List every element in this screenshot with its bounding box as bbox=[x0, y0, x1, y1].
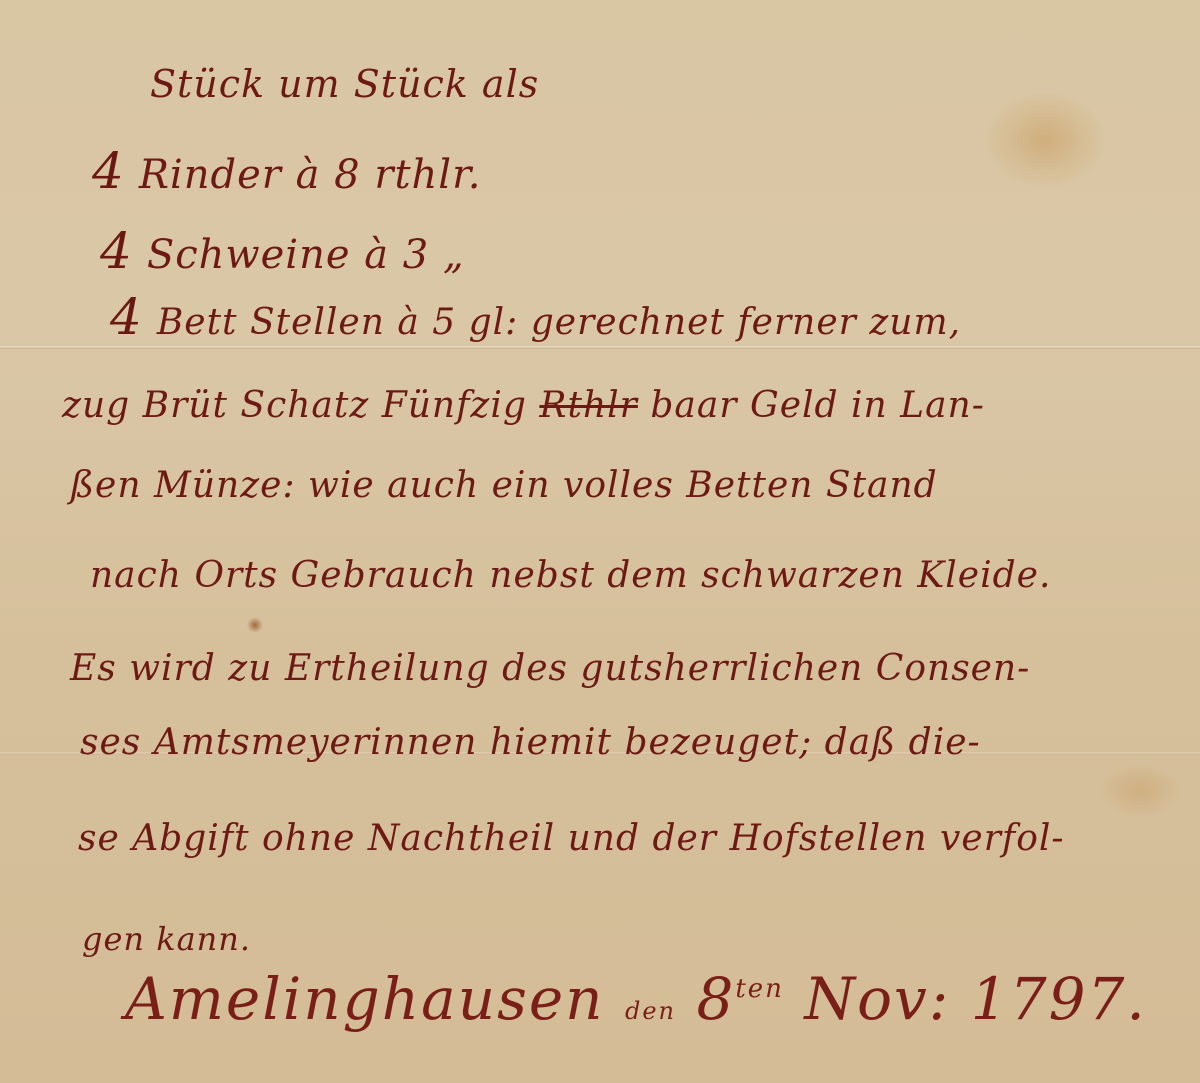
document-line-10: se Abgift ohne Nachtheil und der Hofstel… bbox=[78, 818, 1065, 859]
quantity: 4 bbox=[100, 222, 133, 280]
line-text: gen kann. bbox=[82, 920, 251, 958]
paper-fold-line bbox=[0, 346, 1200, 349]
line-text: nach Orts Gebrauch nebst dem schwarzen K… bbox=[90, 555, 1051, 596]
date-day: 8 bbox=[696, 965, 735, 1033]
place-name: Amelinghausen bbox=[125, 965, 605, 1033]
date-prefix: den bbox=[625, 997, 676, 1025]
line-text: Rinder à 8 rthlr. bbox=[139, 152, 482, 198]
line-text: ßen Münze: wie auch ein volles Betten St… bbox=[70, 465, 938, 506]
document-line-1: Stück um Stück als bbox=[150, 62, 539, 106]
quantity: 4 bbox=[110, 288, 143, 346]
document-line-5: zug Brüt Schatz Fünfzig Rthlr baar Geld … bbox=[62, 385, 985, 426]
date-day-suffix: ten bbox=[735, 974, 784, 1004]
document-line-11: gen kann. bbox=[82, 920, 251, 958]
document-line-4: 4Bett Stellen à 5 gl: gerechnet ferner z… bbox=[110, 288, 961, 346]
document-line-8: Es wird zu Ertheilung des gutsherrlichen… bbox=[70, 648, 1030, 689]
line-text: Schweine à 3 „ bbox=[147, 232, 465, 278]
line-text: baar Geld in Lan- bbox=[638, 385, 985, 426]
date-month: Nov: bbox=[804, 965, 950, 1033]
line-text: se Abgift ohne Nachtheil und der Hofstel… bbox=[78, 818, 1065, 859]
document-line-3: 4Schweine à 3 „ bbox=[100, 222, 465, 280]
struck-word: Rthlr bbox=[539, 385, 637, 426]
quantity: 4 bbox=[92, 142, 125, 200]
signature-line: Amelinghausen den 8ten Nov: 1797. bbox=[125, 965, 1147, 1033]
line-text: Bett Stellen à 5 gl: gerechnet ferner zu… bbox=[157, 302, 961, 343]
line-text: Stück um Stück als bbox=[150, 62, 539, 106]
document-line-6: ßen Münze: wie auch ein volles Betten St… bbox=[70, 465, 938, 506]
line-text: Es wird zu Ertheilung des gutsherrlichen… bbox=[70, 648, 1030, 689]
line-text: zug Brüt Schatz Fünfzig bbox=[62, 385, 539, 426]
document-line-2: 4Rinder à 8 rthlr. bbox=[92, 142, 482, 200]
document-line-9: ses Amtsmeyerinnen hiemit bezeuget; daß … bbox=[80, 722, 981, 763]
line-text: ses Amtsmeyerinnen hiemit bezeuget; daß … bbox=[80, 722, 981, 763]
document-line-7: nach Orts Gebrauch nebst dem schwarzen K… bbox=[90, 555, 1051, 596]
date-year: 1797. bbox=[971, 965, 1147, 1033]
